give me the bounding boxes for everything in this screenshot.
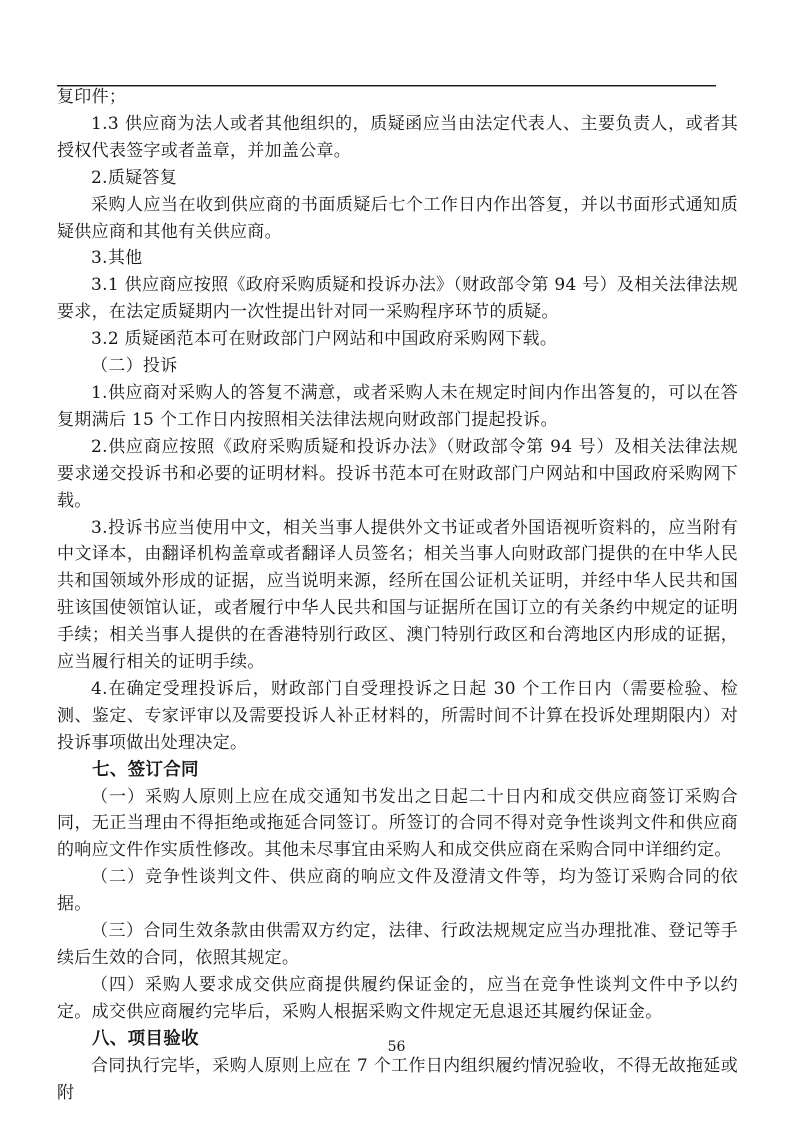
paragraph: 合同执行完毕，采购人原则上应在 7 个工作日内组织履约情况验收，不得无故拖延或附 — [57, 1053, 738, 1107]
page-number: 56 — [388, 1039, 406, 1055]
paragraph: （三）合同生效条款由供需双方约定，法律、行政法规规定应当办理批准、登记等手续后生… — [57, 918, 738, 972]
paragraph: （一）采购人原则上应在成交通知书发出之日起二十日内和成交供应商签订采购合同，无正… — [57, 784, 738, 865]
paragraph: 2.质疑答复 — [57, 165, 738, 192]
paragraph: 4.在确定受理投诉后，财政部门自受理投诉之日起 30 个工作日内（需要检验、检测… — [57, 676, 738, 757]
paragraph: （二）竞争性谈判文件、供应商的响应文件及澄清文件等，均为签订采购合同的依据。 — [57, 864, 738, 918]
document-page: 复印件；1.3 供应商为法人或者其他组织的，质疑函应当由法定代表人、主要负责人，… — [0, 0, 793, 1122]
paragraph: 1.3 供应商为法人或者其他组织的，质疑函应当由法定代表人、主要负责人，或者其授… — [57, 111, 738, 165]
paragraph: 3.投诉书应当使用中文，相关当事人提供外文书证或者外国语视听资料的，应当附有中文… — [57, 515, 738, 676]
paragraph: 3.其他 — [57, 245, 738, 272]
paragraph: 3.2 质疑函范本可在财政部门户网站和中国政府采购网下载。 — [57, 326, 738, 353]
section-heading: 七、签订合同 — [57, 757, 738, 784]
paragraph: 采购人应当在收到供应商的书面质疑后七个工作日内作出答复，并以书面形式通知质疑供应… — [57, 192, 738, 246]
paragraph: （二）投诉 — [57, 353, 738, 380]
paragraph: 1.供应商对采购人的答复不满意，或者采购人未在规定时间内作出答复的，可以在答复期… — [57, 380, 738, 434]
paragraph: （四）采购人要求成交供应商提供履约保证金的，应当在竞争性谈判文件中予以约定。成交… — [57, 972, 738, 1026]
document-body: 复印件；1.3 供应商为法人或者其他组织的，质疑函应当由法定代表人、主要负责人，… — [57, 84, 738, 1106]
paragraph: 复印件； — [57, 84, 738, 111]
paragraph: 2.供应商应按照《政府采购质疑和投诉办法》（财政部令第 94 号）及相关法律法规… — [57, 434, 738, 515]
page-footer: 56 — [0, 1036, 793, 1055]
paragraph: 3.1 供应商应按照《政府采购质疑和投诉办法》（财政部令第 94 号）及相关法律… — [57, 272, 738, 326]
